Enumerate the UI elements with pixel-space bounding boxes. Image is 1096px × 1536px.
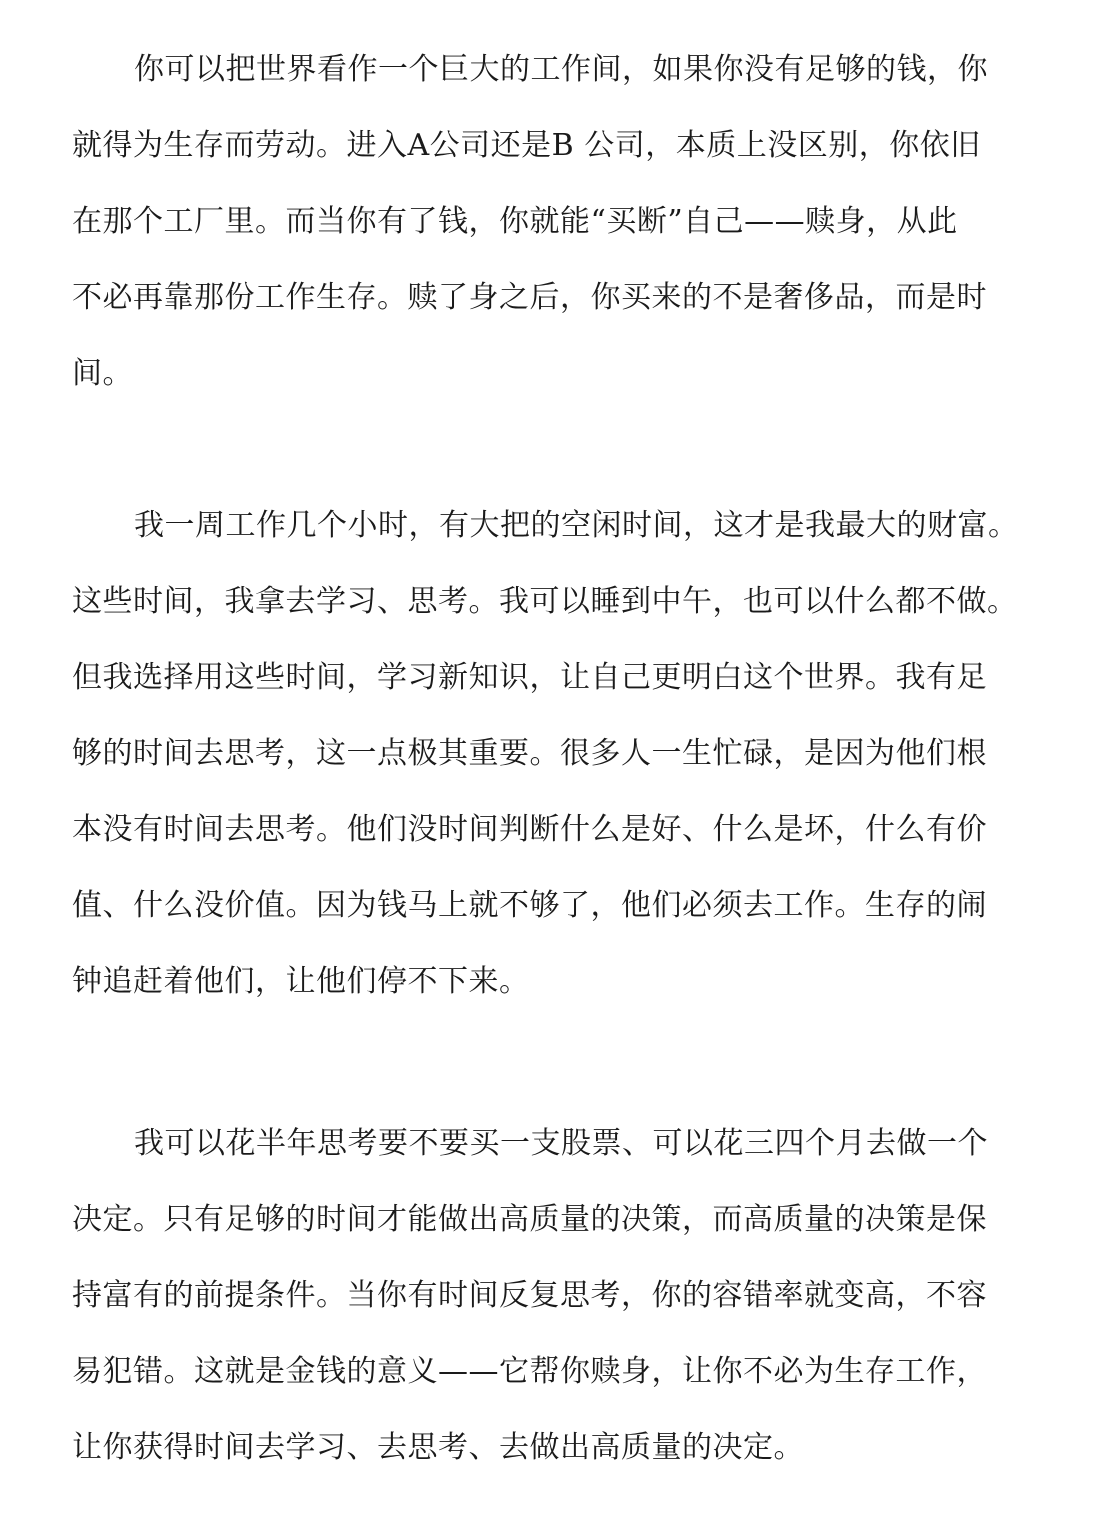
text-line: 这些时间，我拿去学习、思考。我可以睡到中午，也可以什么都不做。 [72,582,1018,622]
text-line: 你可以把世界看作一个巨大的工作间，如果你没有足够的钱，你 [134,50,988,90]
text-line: 但我选择用这些时间，学习新知识，让自己更明白这个世界。我有足 [72,658,987,698]
text-line: 值、什么没价值。因为钱马上就不够了，他们必须去工作。生存的闹 [72,886,987,926]
text-line: 在那个工厂里。而当你有了钱，你就能“买断”自己——赎身，从此 [72,202,958,242]
text-line: 本没有时间去思考。他们没时间判断什么是好、什么是坏，什么有价 [72,810,987,850]
text-line: 间。 [72,354,133,394]
text-line: 我可以花半年思考要不要买一支股票、可以花三四个月去做一个 [134,1124,988,1164]
text-line: 让你获得时间去学习、去思考、去做出高质量的决定。 [72,1428,804,1468]
text-line: 易犯错。这就是金钱的意义——它帮你赎身，让你不必为生存工作， [72,1352,987,1392]
text-line: 决定。只有足够的时间才能做出高质量的决策，而高质量的决策是保 [72,1200,987,1240]
text-line: 就得为生存而劳动。进入A公司还是B 公司，本质上没区别，你依旧 [72,126,981,166]
text-line: 不必再靠那份工作生存。赎了身之后，你买来的不是奢侈品，而是时 [72,278,987,318]
text-line: 持富有的前提条件。当你有时间反复思考，你的容错率就变高，不容 [72,1276,987,1316]
text-line: 钟追赶着他们，让他们停不下来。 [72,962,530,1002]
text-line: 够的时间去思考，这一点极其重要。很多人一生忙碌，是因为他们根 [72,734,987,774]
text-line: 我一周工作几个小时，有大把的空闲时间，这才是我最大的财富。 [134,506,1019,546]
